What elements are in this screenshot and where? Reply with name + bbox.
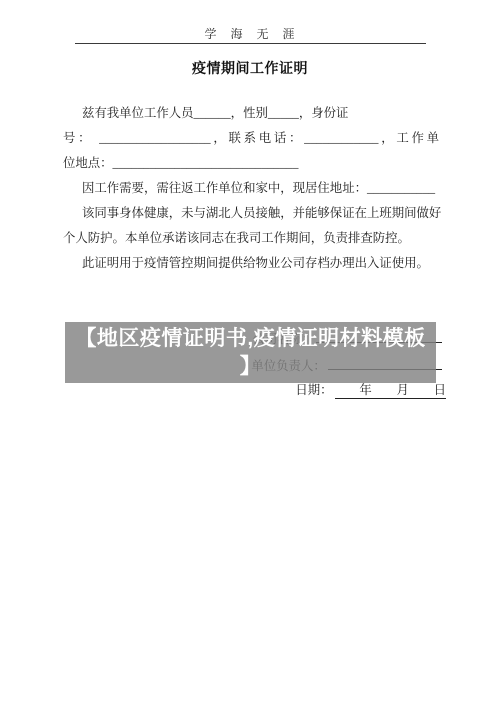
document-title: 疫情期间工作证明	[0, 60, 500, 77]
doc-line: 因工作需要，需往返工作单位和家中，现居住地址：___________	[63, 176, 439, 201]
doc-line: 号： __________________，联系电话：____________，…	[63, 126, 439, 151]
site-header-text: 学 海 无 涯	[0, 27, 500, 41]
header-divider-line	[75, 43, 426, 44]
doc-line: 此证明用于疫情管控期间提供给物业公司存档办理出入证使用。	[63, 251, 439, 276]
date-label: 日期：	[295, 383, 332, 397]
document-page: 学 海 无 涯 疫情期间工作证明 兹有我单位工作人员______，性别_____…	[0, 0, 500, 707]
watermark-banner: 【地区疫情证明书,疫情证明材料模板 】	[65, 322, 436, 383]
doc-line: 兹有我单位工作人员______，性别_____，身份证	[63, 101, 439, 126]
doc-line: 位地点：______________________________	[63, 151, 439, 176]
watermark-text-line2: 】	[65, 353, 436, 381]
doc-line: 个人防护。本单位承诺该同志在我司工作期间，负责排查防控。	[63, 226, 439, 251]
date-blank-line: 年 月 日	[335, 382, 447, 399]
document-body: 兹有我单位工作人员______，性别_____，身份证 号： _________…	[63, 101, 439, 276]
watermark-text-line1: 【地区疫情证明书,疫情证明材料模板	[65, 325, 436, 353]
doc-line: 该同事身体健康，未与湖北人员接触，并能够保证在上班期间做好	[63, 201, 439, 226]
